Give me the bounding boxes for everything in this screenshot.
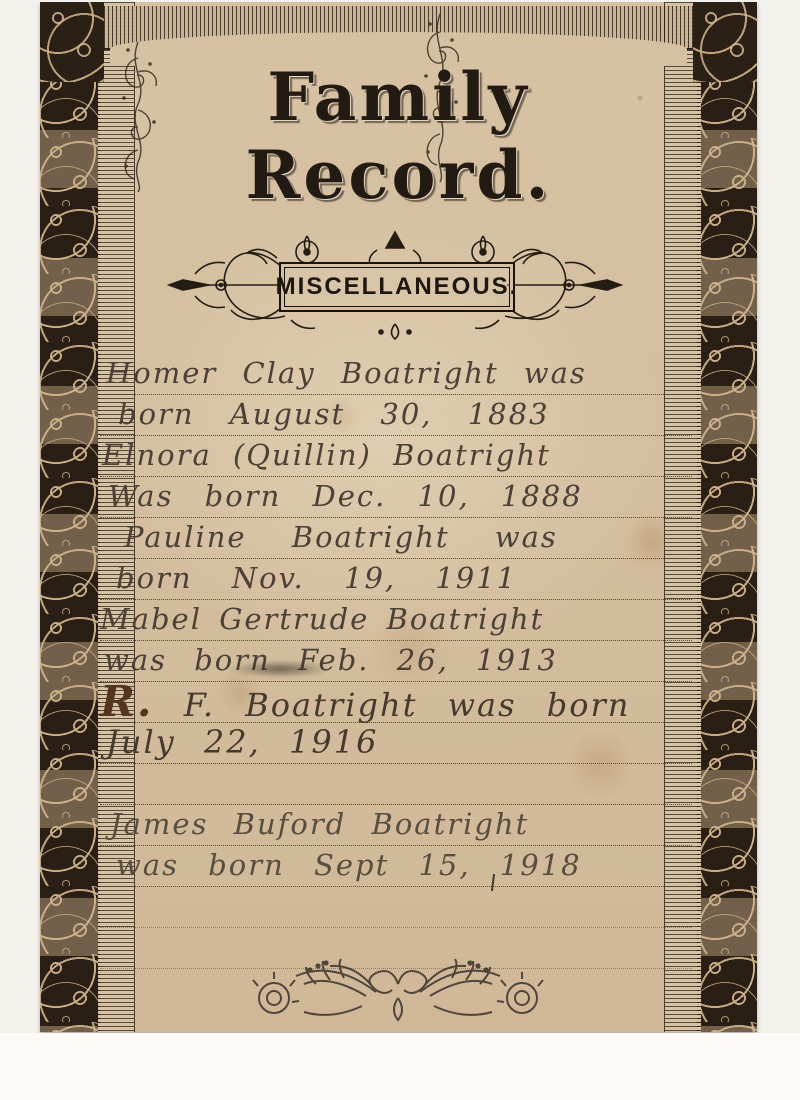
page-title: Family Record. — [134, 58, 663, 214]
record-line-9: R. F. Boatright was born — [100, 682, 692, 723]
record-line-6: born Nov. 19, 1911 — [100, 559, 692, 600]
record-line-4: Was born Dec. 10, 1888 — [100, 477, 692, 518]
record-line-1: Homer Clay Boatright was — [100, 354, 692, 395]
record-entries: Homer Clay Boatright was born August 30,… — [100, 354, 692, 969]
scan-bottom-margin — [0, 1033, 800, 1100]
record-line-8: was born Feb. 26, 1913 — [100, 641, 692, 682]
scanned-family-record: Family Record. — [0, 0, 800, 1100]
section-banner-cartouche: MISCELLANEOUS. — [165, 228, 625, 344]
top-right-corner-ornament — [693, 2, 757, 82]
section-banner: MISCELLANEOUS. — [276, 273, 519, 301]
record-line-2: born August 30, 1883 — [100, 395, 692, 436]
record-line-3: Elnora (Quillin) Boatright — [100, 436, 692, 477]
top-left-corner-ornament — [40, 2, 104, 82]
left-scrollwork-border — [40, 2, 100, 1032]
record-line-14 — [100, 887, 692, 928]
record-line-10: July 22, 1916 — [100, 723, 692, 764]
banner-frame: MISCELLANEOUS. — [279, 262, 515, 312]
record-line-7: Mabel Gertrude Boatright — [100, 600, 692, 641]
record-line-5: Pauline Boatright was — [100, 518, 692, 559]
record-line-12: James Buford Boatright — [100, 805, 692, 846]
right-scrollwork-border — [697, 2, 757, 1032]
bottom-tailpiece-icon — [212, 954, 584, 1032]
record-line-13: was born Sept 15, 1918 — [100, 846, 692, 887]
family-record-page: Family Record. — [40, 2, 757, 1032]
record-line-11 — [100, 764, 692, 805]
